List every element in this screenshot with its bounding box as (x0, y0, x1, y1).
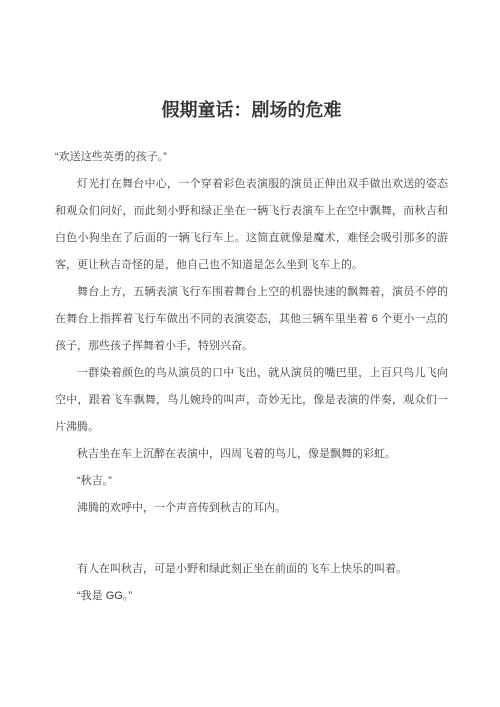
document-page: 假期童话：剧场的危难 “欢送这些英勇的孩子。”灯光打在舞台中心，一个穿着彩色表演… (0, 0, 500, 707)
paragraph: 有人在叫秋吉，可是小野和绿此刻正坐在前面的飞车上快乐的叫着。 (55, 556, 448, 583)
paragraph: 秋吉坐在车上沉醉在表演中，四周飞着的鸟儿，像是飘舞的彩虹。 (55, 441, 448, 468)
document-body: “欢送这些英勇的孩子。”灯光打在舞台中心，一个穿着彩色表演服的演员正伸出双手做出… (55, 144, 448, 610)
paragraph: 一群染着颜色的鸟从演员的口中飞出，就从演员的嘴巴里，上百只鸟儿飞向空中，跟着飞车… (55, 360, 448, 441)
page-title: 假期童话：剧场的危难 (55, 97, 448, 123)
paragraph: “我是 GG。” (55, 583, 448, 610)
paragraph: “欢送这些英勇的孩子。” (55, 144, 448, 171)
paragraph-spacer (55, 522, 448, 556)
paragraph: “秋吉。” (55, 468, 448, 495)
paragraph: 舞台上方，五辆表演飞行车围着舞台上空的机器快速的飘舞着，演员不停的在舞台上指挥着… (55, 279, 448, 360)
paragraph: 灯光打在舞台中心，一个穿着彩色表演服的演员正伸出双手做出欢送的姿态和观众们问好，… (55, 171, 448, 279)
paragraph: 沸腾的欢呼中，一个声音传到秋吉的耳内。 (55, 495, 448, 522)
